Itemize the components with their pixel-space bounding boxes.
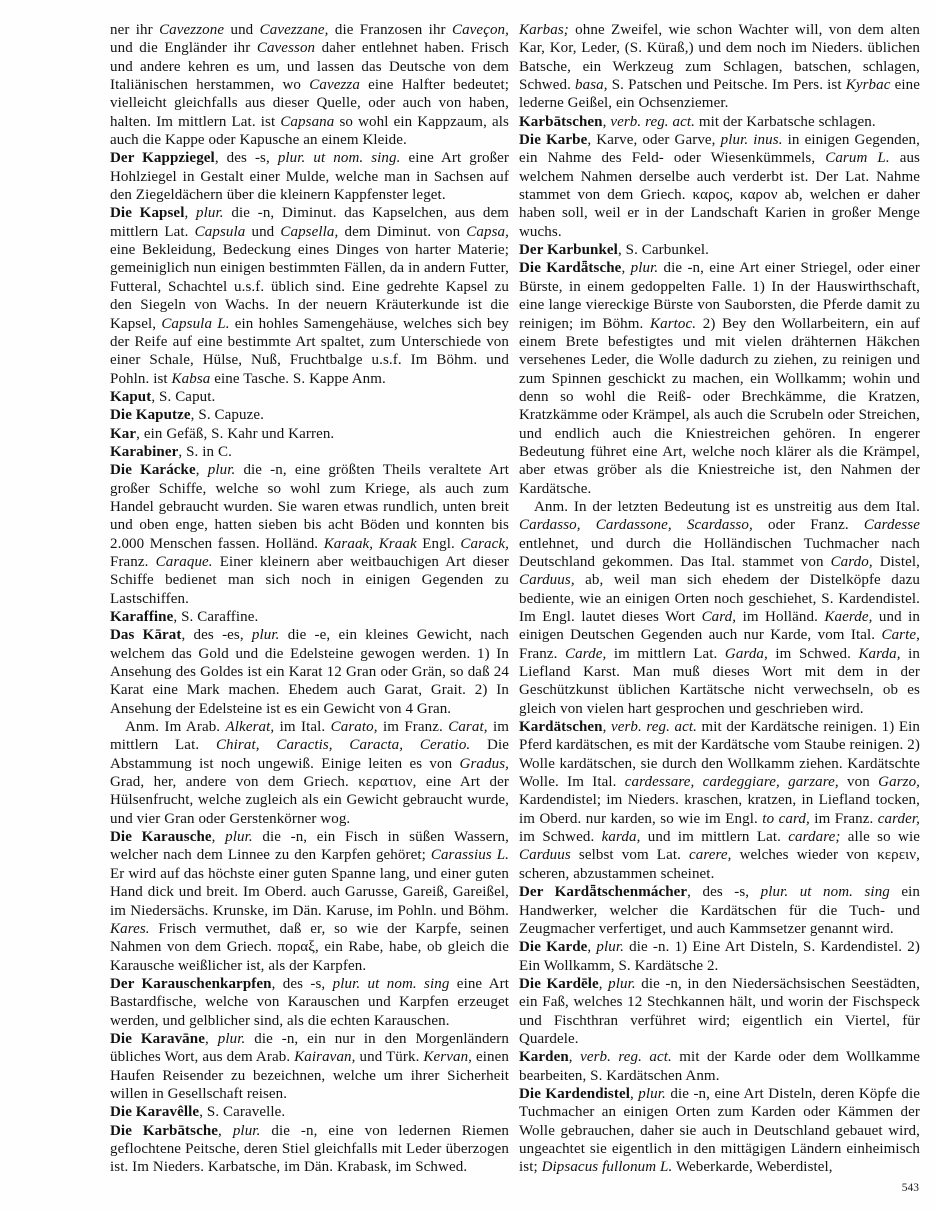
italic-run: Carduus bbox=[519, 847, 571, 863]
text-run: Distel, bbox=[873, 554, 920, 570]
italic-run: verb. reg. act. bbox=[580, 1049, 672, 1065]
text-run: Weberkarde, Weberdistel, bbox=[672, 1159, 832, 1175]
italic-run: plur. bbox=[208, 462, 236, 478]
headword: Karaffine bbox=[110, 609, 173, 625]
headword: Die Kaputze bbox=[110, 407, 191, 423]
entry-paragraph: Die Karde, plur. die -n. 1) Eine Art Dis… bbox=[519, 938, 920, 975]
annotation-paragraph: Anm. Im Arab. Alkerat, im Ital. Carato, … bbox=[110, 718, 509, 828]
text-run: , S. Capuze. bbox=[191, 407, 264, 423]
left-column: ner ihr Cavezzone und Cavezzane, die Fra… bbox=[110, 21, 509, 1177]
text-run: und Türk. bbox=[356, 1049, 424, 1065]
italic-run: plur. inus. bbox=[721, 132, 783, 148]
italic-run: Cardesse bbox=[864, 517, 920, 533]
italic-run: Cardo, bbox=[831, 554, 873, 570]
entry-paragraph: Der Kardǟtschenmácher, des -s, plur. ut … bbox=[519, 883, 920, 938]
italic-run: plur. bbox=[233, 1123, 261, 1139]
entry-paragraph: Die Karbātsche, plur. die -n, eine von l… bbox=[110, 1122, 509, 1177]
italic-run: Cavesson bbox=[257, 40, 315, 56]
italic-run: Carack, bbox=[460, 536, 509, 552]
text-run: , bbox=[599, 976, 608, 992]
italic-run: Garda, bbox=[725, 646, 768, 662]
italic-run: plur. bbox=[218, 1031, 246, 1047]
italic-run: plur. bbox=[631, 260, 659, 276]
entry-paragraph: Kaput, S. Caput. bbox=[110, 388, 509, 406]
italic-run: basa, bbox=[575, 77, 608, 93]
italic-run: plur. bbox=[608, 976, 636, 992]
annotation-paragraph: Anm. In der letzten Bedeutung ist es uns… bbox=[519, 498, 920, 718]
right-column: Karbas; ohne Zweifel, wie schon Wachter … bbox=[519, 21, 920, 1177]
italic-run: carder, bbox=[878, 811, 920, 827]
italic-run: Carat, bbox=[448, 719, 487, 735]
text-run: , Karve, oder Garve, bbox=[587, 132, 720, 148]
headword: Die Karavêlle bbox=[110, 1104, 199, 1120]
text-run: eine Tasche. S. Kappe Anm. bbox=[210, 371, 386, 387]
headword: Die Karácke bbox=[110, 462, 196, 478]
italic-run: Card, bbox=[702, 609, 737, 625]
headword: Die Kardēle bbox=[519, 976, 599, 992]
entry-paragraph: Der Karauschenkarpfen, des -s, plur. ut … bbox=[110, 975, 509, 1030]
text-run: ner ihr bbox=[110, 22, 159, 38]
entry-paragraph: Kardätschen, verb. reg. act. mit der Kar… bbox=[519, 718, 920, 883]
text-run: 2) Bey den Wollarbeitern, ein auf einem … bbox=[519, 316, 920, 497]
text-run: Frisch vermuthet, daß er, so wie der Kar… bbox=[110, 921, 509, 974]
text-run: im Ital. bbox=[274, 719, 330, 735]
text-run: im Franz. bbox=[810, 811, 878, 827]
text-run: selbst vom Lat. bbox=[571, 847, 689, 863]
headword: Das Kārat bbox=[110, 627, 182, 643]
italic-run: Kyrbac bbox=[846, 77, 891, 93]
italic-run: Capsana bbox=[280, 114, 334, 130]
italic-run: plur. bbox=[225, 829, 253, 845]
italic-run: Kares. bbox=[110, 921, 150, 937]
entry-paragraph: Die Kardǟtsche, plur. die -n, eine Art e… bbox=[519, 259, 920, 497]
entry-paragraph: Die Kaputze, S. Capuze. bbox=[110, 406, 509, 424]
italic-run: Cavezzone bbox=[159, 22, 224, 38]
italic-run: Dipsacus fullonum L. bbox=[542, 1159, 673, 1175]
italic-run: Capsula bbox=[195, 224, 246, 240]
entry-paragraph: ner ihr Cavezzone und Cavezzane, die Fra… bbox=[110, 21, 509, 149]
entry-paragraph: Karabiner, S. in C. bbox=[110, 443, 509, 461]
italic-run: Cavezzane, bbox=[260, 22, 329, 38]
text-run: , S. Carbunkel. bbox=[618, 242, 709, 258]
italic-run: Karbas; bbox=[519, 22, 569, 38]
italic-run: Kartoc. bbox=[650, 316, 696, 332]
text-run: , S. in C. bbox=[178, 444, 232, 460]
italic-run: Garzo, bbox=[878, 774, 920, 790]
italic-run: Kervan, bbox=[423, 1049, 472, 1065]
italic-run: verb. reg. act. bbox=[610, 114, 695, 130]
italic-run: Chirat, Caractis, Caracta, Ceratio. bbox=[216, 737, 470, 753]
text-run: Er wird auf das höchste einer guten Span… bbox=[110, 866, 509, 919]
text-run: Grad, her, andere von dem Griech. κερατι… bbox=[110, 774, 509, 827]
text-run: dem Diminut. von bbox=[338, 224, 466, 240]
entry-paragraph: Die Karavāne, plur. die -n, ein nur in d… bbox=[110, 1030, 509, 1103]
text-run: , bbox=[205, 1031, 218, 1047]
italic-run: plur. bbox=[596, 939, 624, 955]
entry-paragraph: Kar, ein Gefäß, S. Kahr und Karren. bbox=[110, 425, 509, 443]
text-run: , bbox=[569, 1049, 580, 1065]
entry-paragraph: Der Kappziegel, des -s, plur. ut nom. si… bbox=[110, 149, 509, 204]
headword: Die Karbātsche bbox=[110, 1123, 218, 1139]
text-run: mit der Karbatsche schlagen. bbox=[695, 114, 876, 130]
headword: Karabiner bbox=[110, 444, 178, 460]
text-run: oder Franz. bbox=[753, 517, 864, 533]
text-run: im Schwed. bbox=[519, 829, 602, 845]
text-run: im Holländ. bbox=[736, 609, 824, 625]
italic-run: cardare; bbox=[788, 829, 840, 845]
entry-paragraph: Die Karácke, plur. die -n, eine größten … bbox=[110, 461, 509, 608]
entry-paragraph: Das Kārat, des -es, plur. die -e, ein kl… bbox=[110, 626, 509, 718]
italic-run: Carte, bbox=[881, 627, 920, 643]
entry-paragraph: Die Kardēle, plur. die -n, in den Nieder… bbox=[519, 975, 920, 1048]
headword: Die Karbe bbox=[519, 132, 587, 148]
text-run: , bbox=[603, 719, 611, 735]
headword: Die Karavāne bbox=[110, 1031, 205, 1047]
italic-run: Kabsa bbox=[172, 371, 211, 387]
text-run: S. Patschen und Peitsche. Im Pers. ist bbox=[608, 77, 846, 93]
text-run: , bbox=[218, 1123, 233, 1139]
text-run: , S. Caput. bbox=[151, 389, 215, 405]
italic-run: plur. bbox=[196, 205, 224, 221]
headword: Karbātschen bbox=[519, 114, 603, 130]
text-run: im mittlern Lat. bbox=[606, 646, 725, 662]
italic-run: carere, bbox=[689, 847, 732, 863]
italic-run: cardessare, cardeggiare, garzare, bbox=[625, 774, 839, 790]
headword: Karden bbox=[519, 1049, 569, 1065]
italic-run: plur. ut nom. sing bbox=[333, 976, 450, 992]
italic-run: Carum L. bbox=[825, 150, 889, 166]
entry-paragraph: Karaffine, S. Caraffine. bbox=[110, 608, 509, 626]
italic-run: Capsella, bbox=[280, 224, 338, 240]
italic-run: to card, bbox=[762, 811, 810, 827]
italic-run: Cavezza bbox=[309, 77, 360, 93]
text-run: Anm. Im Arab. bbox=[125, 719, 226, 735]
headword: Die Kardǟtsche bbox=[519, 260, 621, 276]
entry-paragraph: Die Kapsel, plur. die -n, Diminut. das K… bbox=[110, 204, 509, 387]
text-run: im Franz. bbox=[378, 719, 449, 735]
italic-run: Cardasso, Cardassone, Scardasso, bbox=[519, 517, 753, 533]
text-run: , bbox=[196, 462, 208, 478]
italic-run: karda, bbox=[602, 829, 641, 845]
headword: Die Karausche bbox=[110, 829, 212, 845]
text-run: , des -s, bbox=[272, 976, 333, 992]
text-run: und im mittlern Lat. bbox=[640, 829, 788, 845]
headword: Der Kappziegel bbox=[110, 150, 215, 166]
italic-run: Kaerde, bbox=[824, 609, 872, 625]
italic-run: Karaak, Kraak bbox=[324, 536, 417, 552]
italic-run: Caraque. bbox=[156, 554, 213, 570]
text-run: Anm. In der letzten Bedeutung ist es uns… bbox=[534, 499, 920, 515]
text-run: , des -s, bbox=[687, 884, 760, 900]
headword: Die Kapsel bbox=[110, 205, 184, 221]
text-run: und bbox=[245, 224, 280, 240]
italic-run: Carassius L. bbox=[431, 847, 509, 863]
headword: Der Karauschenkarpfen bbox=[110, 976, 272, 992]
text-run: , des -s, bbox=[215, 150, 278, 166]
text-run: , bbox=[184, 205, 196, 221]
entry-paragraph: Die Karausche, plur. die -n, ein Fisch i… bbox=[110, 828, 509, 975]
headword: Kaput bbox=[110, 389, 151, 405]
headword: Kar bbox=[110, 426, 136, 442]
text-run: und bbox=[224, 22, 259, 38]
italic-run: Carato, bbox=[331, 719, 378, 735]
entry-paragraph: Karden, verb. reg. act. mit der Karde od… bbox=[519, 1048, 920, 1085]
headword: Die Karde bbox=[519, 939, 587, 955]
text-run: Franz. bbox=[519, 646, 565, 662]
italic-run: plur. bbox=[638, 1086, 666, 1102]
text-run: , S. Caravelle. bbox=[199, 1104, 285, 1120]
headword: Kardätschen bbox=[519, 719, 603, 735]
entry-paragraph: Die Karbe, Karve, oder Garve, plur. inus… bbox=[519, 131, 920, 241]
entry-paragraph: Die Kardendistel, plur. die -n, eine Art… bbox=[519, 1085, 920, 1177]
italic-run: Capsa, bbox=[466, 224, 509, 240]
headword: Der Kardǟtschenmácher bbox=[519, 884, 687, 900]
italic-run: Carde, bbox=[565, 646, 606, 662]
text-run: Engl. bbox=[417, 536, 461, 552]
italic-run: plur. ut nom. sing. bbox=[278, 150, 401, 166]
text-run: , bbox=[212, 829, 225, 845]
text-run: Franz. bbox=[110, 554, 156, 570]
text-run: von bbox=[839, 774, 878, 790]
italic-run: plur. bbox=[252, 627, 280, 643]
page-number: 543 bbox=[902, 1182, 919, 1194]
italic-run: Kairavan, bbox=[294, 1049, 355, 1065]
text-run: , des -es, bbox=[182, 627, 252, 643]
headword: Der Karbunkel bbox=[519, 242, 618, 258]
entry-paragraph: Der Karbunkel, S. Carbunkel. bbox=[519, 241, 920, 259]
text-run: , S. Caraffine. bbox=[173, 609, 258, 625]
entry-paragraph: Die Karavêlle, S. Caravelle. bbox=[110, 1103, 509, 1121]
headword: Die Kardendistel bbox=[519, 1086, 630, 1102]
italic-run: verb. reg. act. bbox=[611, 719, 697, 735]
italic-run: Carduus, bbox=[519, 572, 575, 588]
entry-paragraph: Karbātschen, verb. reg. act. mit der Kar… bbox=[519, 113, 920, 131]
dictionary-page: ner ihr Cavezzone und Cavezzane, die Fra… bbox=[0, 0, 935, 1210]
text-run: die Franzosen ihr bbox=[329, 22, 452, 38]
text-run: , bbox=[621, 260, 630, 276]
italic-run: plur. ut nom. sing bbox=[761, 884, 890, 900]
text-run: , ein Gefäß, S. Kahr und Karren. bbox=[136, 426, 334, 442]
italic-run: Caveçon, bbox=[452, 22, 509, 38]
text-run: alle so wie bbox=[840, 829, 920, 845]
text-run: im Schwed. bbox=[768, 646, 859, 662]
italic-run: Capsula L. bbox=[161, 316, 229, 332]
italic-run: Karda, bbox=[858, 646, 900, 662]
italic-run: Alkerat, bbox=[226, 719, 275, 735]
italic-run: Gradus, bbox=[460, 756, 509, 772]
entry-paragraph: Karbas; ohne Zweifel, wie schon Wachter … bbox=[519, 21, 920, 113]
text-run: und die Engländer ihr bbox=[110, 40, 257, 56]
